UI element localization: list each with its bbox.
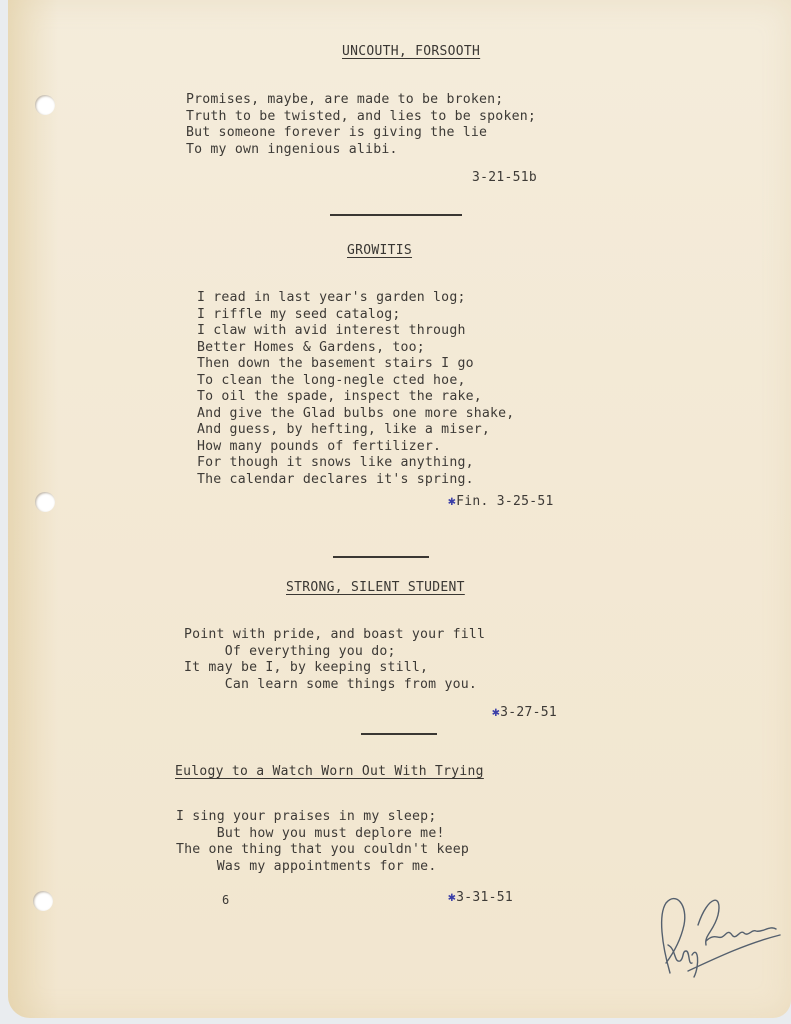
poem-title: STRONG, SILENT STUDENT <box>286 580 465 595</box>
page-number: 6 <box>222 893 229 907</box>
poem-body: I sing your praises in my sleep; But how… <box>176 809 469 875</box>
poem-line: Better Homes & Gardens, too; <box>197 340 514 357</box>
poem-title: UNCOUTH, FORSOOTH <box>342 44 480 59</box>
poem-date: ✱Fin. 3-25-51 <box>448 494 554 509</box>
poem-line: Then down the basement stairs I go <box>197 356 514 373</box>
poem-line: The calendar declares it's spring. <box>197 472 514 489</box>
poem-line: And give the Glad bulbs one more shake, <box>197 406 514 423</box>
poem-date: ✱3-31-51 <box>448 890 513 905</box>
poem-line: But someone forever is giving the lie <box>186 125 536 142</box>
poem-line: Can learn some things from you. <box>184 677 485 694</box>
punch-hole <box>35 95 55 115</box>
poem-line: It may be I, by keeping still, <box>184 660 485 677</box>
punch-hole <box>33 891 53 911</box>
poem-date-text: 3-21-51b <box>472 170 537 185</box>
asterisk-mark-icon: ✱ <box>492 705 500 720</box>
poem-line: I read in last year's garden log; <box>197 290 514 307</box>
section-divider <box>330 214 462 216</box>
poem-date-text: 3-31-51 <box>456 890 513 905</box>
punch-hole <box>35 492 55 512</box>
poem-line: And guess, by hefting, like a miser, <box>197 422 514 439</box>
poem-line: I riffle my seed catalog; <box>197 307 514 324</box>
poem-line: How many pounds of fertilizer. <box>197 439 514 456</box>
section-divider <box>333 556 429 558</box>
poem-line: For though it snows like anything, <box>197 455 514 472</box>
handwritten-signature: Roy Rannus <box>648 885 788 985</box>
poem-line: Promises, maybe, are made to be broken; <box>186 92 536 109</box>
poem-line: To my own ingenious alibi. <box>186 142 536 159</box>
poem-date-text: 3-27-51 <box>500 705 557 720</box>
poem-title: GROWITIS <box>347 243 412 258</box>
poem-body: I read in last year's garden log;I riffl… <box>197 290 514 488</box>
poem-title: Eulogy to a Watch Worn Out With Trying <box>175 764 484 779</box>
poem-line: Point with pride, and boast your fill <box>184 627 485 644</box>
poem-line: I sing your praises in my sleep; <box>176 809 469 826</box>
poem-line: The one thing that you couldn't keep <box>176 842 469 859</box>
poem-line: Truth to be twisted, and lies to be spok… <box>186 109 536 126</box>
poem-line: But how you must deplore me! <box>176 826 469 843</box>
poem-line: Was my appointments for me. <box>176 859 469 876</box>
section-divider <box>361 733 437 735</box>
poem-date: ✱3-27-51 <box>492 705 557 720</box>
asterisk-mark-icon: ✱ <box>448 494 456 509</box>
poem-body: Point with pride, and boast your fill Of… <box>184 627 485 693</box>
poem-date-text: Fin. 3-25-51 <box>456 494 554 509</box>
poem-line: To clean the long-negle cted hoe, <box>197 373 514 390</box>
poem-body: Promises, maybe, are made to be broken;T… <box>186 92 536 158</box>
poem-line: Of everything you do; <box>184 644 485 661</box>
asterisk-mark-icon: ✱ <box>448 890 456 905</box>
poem-date: 3-21-51b <box>472 170 537 185</box>
poem-line: I claw with avid interest through <box>197 323 514 340</box>
poem-line: To oil the spade, inspect the rake, <box>197 389 514 406</box>
